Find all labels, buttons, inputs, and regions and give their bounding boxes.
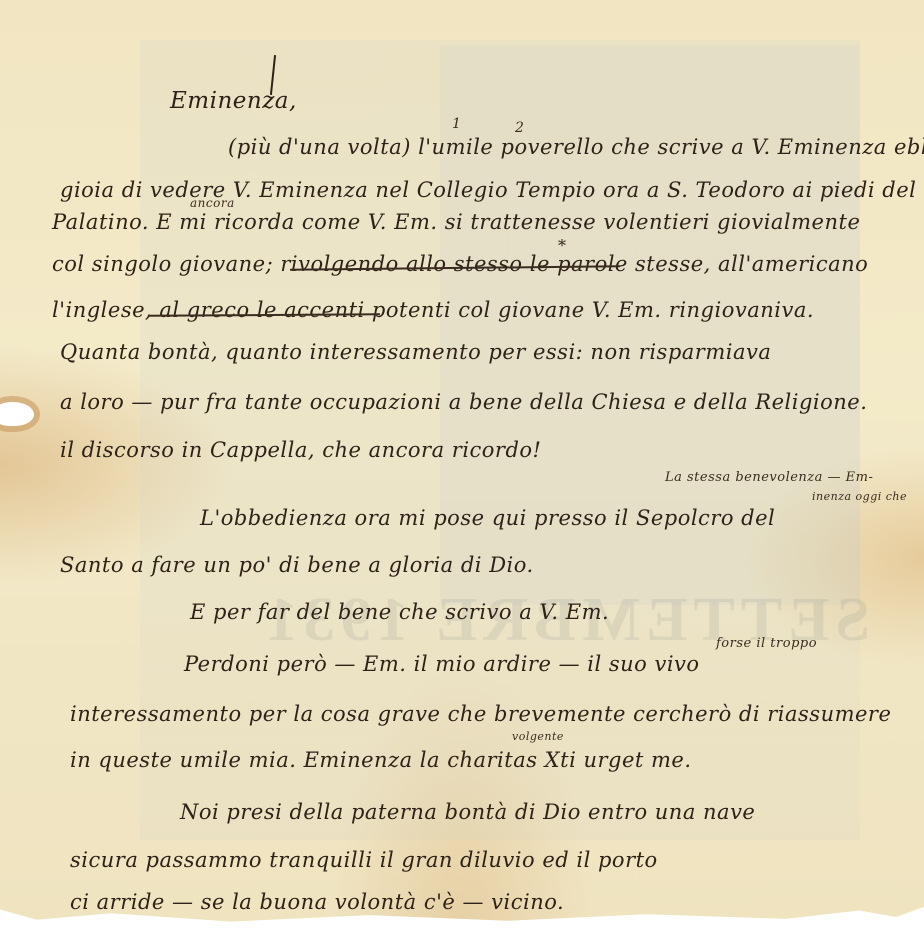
letter-line-16: sicura passammo tranquilli il gran diluv… — [70, 848, 658, 872]
salutation: Eminenza, — [170, 88, 297, 114]
letter-line-3: Palatino. E mi ricorda come V. Em. si tr… — [52, 210, 860, 234]
letter-line-6: Quanta bontà, quanto interessamento per … — [60, 340, 771, 364]
letter-line-11: E per far del bene che scrivo a V. Em. — [190, 600, 609, 624]
letter-line-12: Perdoni però — Em. il mio ardire — il su… — [184, 652, 700, 676]
footnote-mark-1: 1 — [452, 116, 461, 132]
letter-page: SETTEMBRE 1931 Eminenza, 1 2 (più d'una … — [0, 0, 924, 930]
letter-line-5: l'inglese, al greco le accenti potenti c… — [52, 298, 814, 322]
letter-line-7: a loro — pur fra tante occupazioni a ben… — [60, 390, 867, 414]
letter-line-4: col singolo giovane; rivolgendo allo ste… — [52, 252, 868, 276]
margin-note-line-2: inenza oggi che — [812, 490, 907, 503]
letter-line-15: Noi presi della paterna bontà di Dio ent… — [180, 800, 755, 824]
letter-line-10: Santo a fare un po' di bene a gloria di … — [60, 553, 534, 577]
punch-hole — [0, 402, 34, 426]
margin-note-line-1: La stessa benevolenza — Em- — [665, 470, 873, 485]
insertion-volgente: volgente — [512, 730, 564, 743]
letter-line-1: (più d'una volta) l'umile poverello che … — [228, 135, 924, 159]
letter-line-2: gioia di vedere V. Eminenza nel Collegio… — [60, 178, 916, 202]
letter-line-17: ci arride — se la buona volontà c'è — vi… — [70, 890, 564, 914]
letter-line-13: interessamento per la cosa grave che bre… — [70, 702, 891, 726]
letter-line-8: il discorso in Cappella, che ancora rico… — [60, 438, 542, 462]
insertion-forse-il-troppo: forse il troppo — [716, 636, 817, 651]
letter-line-14: in queste umile mia. Eminenza la charita… — [70, 748, 692, 772]
letter-line-9: L'obbedienza ora mi pose qui presso il S… — [200, 506, 775, 530]
insertion-ancora: ancora — [190, 196, 235, 210]
footnote-mark-2: 2 — [515, 120, 524, 136]
